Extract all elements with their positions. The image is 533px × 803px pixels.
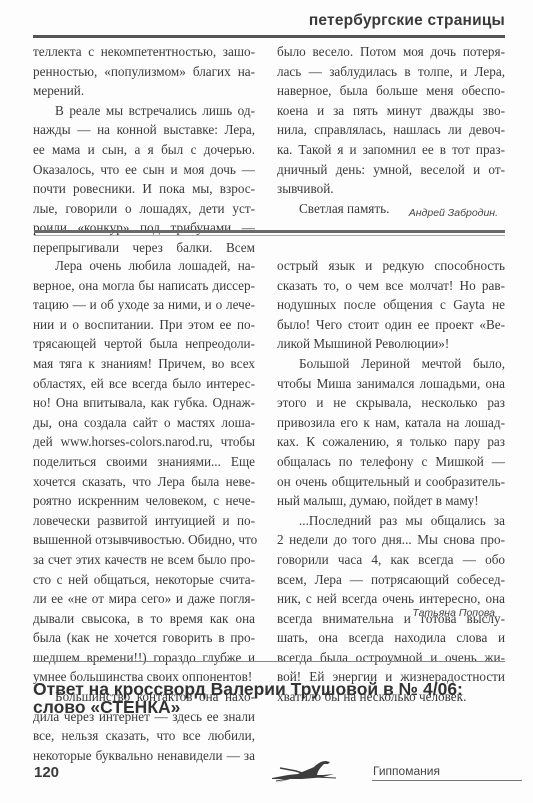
crossword-answer-line1: Ответ на кроссворд Валерии Трушовой в № … xyxy=(33,680,513,698)
text-line: зывчивой. xyxy=(277,179,505,199)
text-line: ликой Мышиной Революции»! xyxy=(277,334,505,354)
text-line: Лера очень любила лошадей, на- xyxy=(33,256,255,276)
paragraph: было весело. Потом моя дочь потеря-лась … xyxy=(277,42,505,199)
text-line: дывали свысока, в то время как она xyxy=(33,609,255,629)
article2-signature: Татьяна Попова xyxy=(412,607,495,619)
paragraph: Лера очень любила лошадей, на-верное, он… xyxy=(33,256,255,687)
text-line: он очень общительный и сообразитель- xyxy=(277,472,505,492)
text-line: Оказалось, что ее сын и моя дочь — xyxy=(33,160,255,180)
paragraph: Большой Лериной мечтой было,чтобы Миша з… xyxy=(277,354,505,511)
text-line: вышенной отзывчивостью. Обидно, что xyxy=(33,530,255,550)
text-line: было! Чего стоит один ее проект «Ве- xyxy=(277,315,505,335)
text-line: за счет этих качеств не всем было про- xyxy=(33,550,255,570)
text-line: В реале мы встречались лишь од- xyxy=(33,101,255,121)
text-line: сто с ней общаться, некоторые счита- xyxy=(33,570,255,590)
text-line: было весело. Потом моя дочь потеря- xyxy=(277,42,505,62)
text-line: ка. Такой я и запомнил ее в тот праз- xyxy=(277,140,505,160)
text-line: ник, с ней всегда очень интересно, она xyxy=(277,589,505,609)
magazine-page: петербургские страницы теллекта с некомп… xyxy=(0,0,533,803)
text-line: ли ее «не от мира сего» и даже погля- xyxy=(33,589,255,609)
text-line: общалась по телефону с Мишкой — xyxy=(277,452,505,472)
text-line: ...Последний раз мы общались за xyxy=(277,511,505,531)
crossword-answer: Ответ на кроссворд Валерии Трушовой в № … xyxy=(33,680,513,716)
text-line: ренностью, «популизмом» благих на- xyxy=(33,62,255,82)
text-line: шать, она всегда находила слова и xyxy=(277,628,505,648)
text-line: некоторые буквально ненавидели — за xyxy=(33,746,255,766)
text-line: хочется сказать, что Лера была неве- xyxy=(33,472,255,492)
text-line: ный малыш, думаю, пойдет в маму! xyxy=(277,491,505,511)
text-line: нии и о воспитании. При этом ее по- xyxy=(33,315,255,335)
paragraph: острый язык и редкую способностьсказать … xyxy=(277,256,505,354)
crossword-answer-line2: слово «СТЕНКА» xyxy=(33,698,513,716)
text-line: но! Она впитывала, как губка. Однаж- xyxy=(33,393,255,413)
text-line: ловечески развитой интуицией и по- xyxy=(33,511,255,531)
text-line: лые, говорили о лошадях, дети уст- xyxy=(33,199,255,219)
text-line: теллекта с некомпетентностью, зашо- xyxy=(33,42,255,62)
section-divider-thin xyxy=(34,235,505,236)
text-line: ее мама и сын, а я был с дочерью. xyxy=(33,140,255,160)
text-line: всегда была остроумной и очень жи- xyxy=(277,648,505,668)
article1-signature: Андрей Забродин. xyxy=(409,207,498,219)
text-line: роятно искренним человеком, с нече- xyxy=(33,491,255,511)
article2-column-right: острый язык и редкую способностьсказать … xyxy=(277,256,505,707)
text-line: почти ровесники. И пока мы, взрос- xyxy=(33,179,255,199)
section-title: петербургские страницы xyxy=(309,12,505,30)
text-line: говорили часа 4, как всегда — обо xyxy=(277,550,505,570)
text-line: поделиться своими знаниями... Еще xyxy=(33,452,255,472)
text-line: этого и не скрывала, несколько раз xyxy=(277,393,505,413)
text-line: 2 недели до того дня... Мы снова про- xyxy=(277,530,505,550)
text-line: ды, она создала сайт о мастях лоша- xyxy=(33,413,255,433)
text-line: трясающей чертой была непреодоли- xyxy=(33,334,255,354)
text-line: лась — заблудилась в толпе, и Лера, xyxy=(277,62,505,82)
crossword-divider xyxy=(33,661,505,662)
text-line: всем, Лера — потрясающий собесед- xyxy=(277,570,505,590)
magazine-rule xyxy=(372,780,522,781)
text-line: сказать то, о чем все молчат! Но рав- xyxy=(277,276,505,296)
text-line: дничный день: умной, веселой и от- xyxy=(277,160,505,180)
text-line: нажды — на конной выставке: Лера, xyxy=(33,120,255,140)
text-line: дей www.horses-colors.narod.ru, чтобы xyxy=(33,432,255,452)
magazine-name: Гиппомания xyxy=(373,764,440,778)
text-line: чтобы Миша занимался лошадьми, она xyxy=(277,374,505,394)
text-line: перепрыгивали через балки. Всем xyxy=(33,238,255,258)
text-line: шедшем времени!!) гораздо глубже и xyxy=(33,648,255,668)
paragraph: теллекта с некомпетентностью, зашо-ренно… xyxy=(33,42,255,101)
text-line: нодушных после общения с Gayta не xyxy=(277,295,505,315)
text-line: привозила его к нам, катала на лошад- xyxy=(277,413,505,433)
section-divider xyxy=(34,230,505,233)
text-line: мая тяга к знаниям! Причем, во всех xyxy=(33,354,255,374)
text-line: все, нельзя сказать, что все любили, xyxy=(33,726,255,746)
text-line: Большой Лериной мечтой было, xyxy=(277,354,505,374)
article1-column-left: теллекта с некомпетентностью, зашо-ренно… xyxy=(33,42,255,258)
text-line: тацию — и об уходе за ними, и о лече- xyxy=(33,295,255,315)
text-line: мерений. xyxy=(33,81,255,101)
text-line: была (как не хочется говорить в про- xyxy=(33,628,255,648)
article1-column-right: было весело. Потом моя дочь потеря-лась … xyxy=(277,42,505,218)
text-line: наверное, была больше меня обеспо- xyxy=(277,81,505,101)
text-line: нила, справлялась, нашлась ли девоч- xyxy=(277,120,505,140)
header-rule xyxy=(33,35,505,38)
page-number: 120 xyxy=(34,764,59,781)
galloping-horse-icon xyxy=(268,758,340,786)
text-line: верное, она могла бы написать диссер- xyxy=(33,276,255,296)
text-line: областях, ей все всегда было интерес- xyxy=(33,374,255,394)
text-line: коена и за пять минут дважды зво- xyxy=(277,101,505,121)
text-line: острый язык и редкую способность xyxy=(277,256,505,276)
text-line: ках. К сожалению, я только пару раз xyxy=(277,432,505,452)
